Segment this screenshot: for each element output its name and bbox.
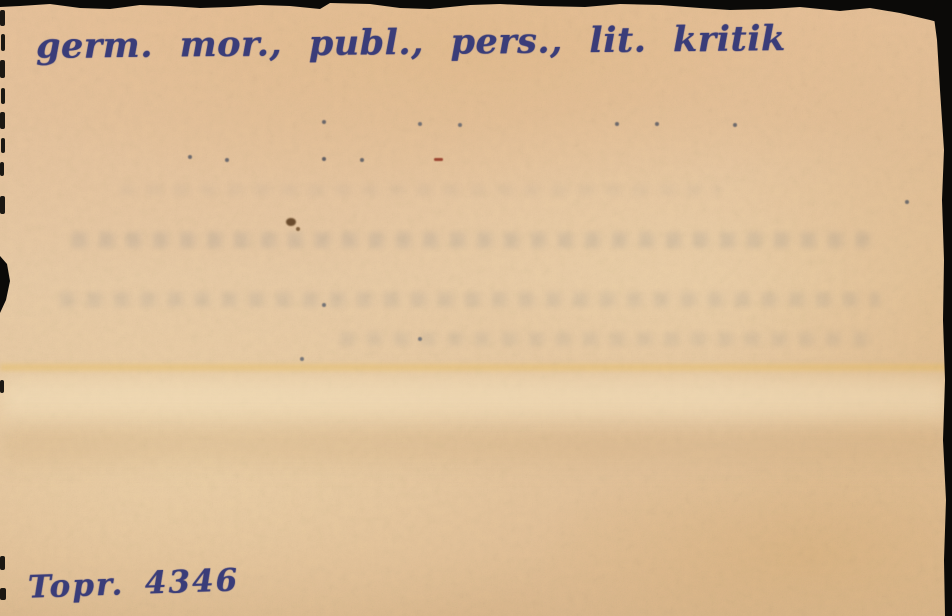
handwritten-inventory-number: Topr. 4346 (27, 562, 239, 605)
scanned-index-card: germ. mor., publ., pers., lit. kritik To… (0, 0, 952, 616)
handwritten-subject-line: germ. mor., publ., pers., lit. kritik (36, 18, 786, 67)
paper-card-surface (0, 0, 952, 616)
